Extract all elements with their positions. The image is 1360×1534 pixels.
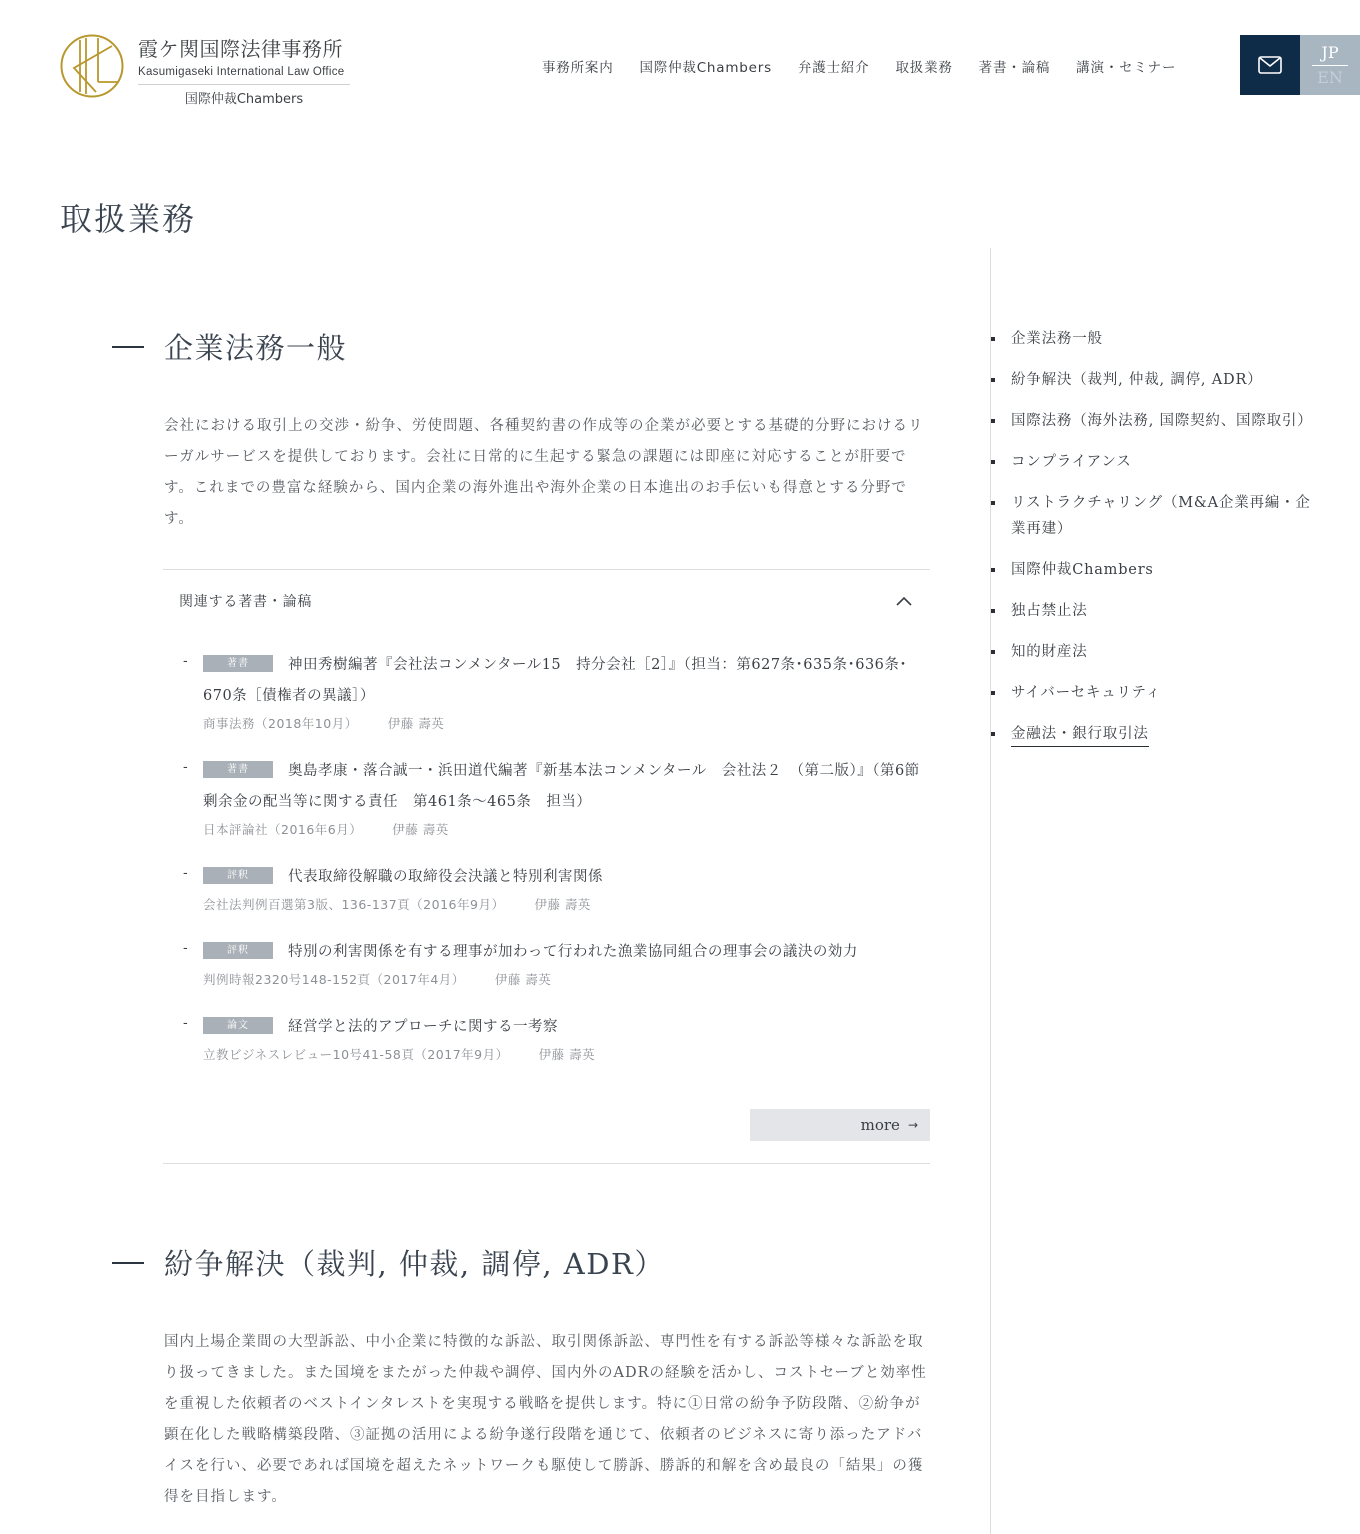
chevron-up-icon[interactable] [896, 596, 912, 606]
more-button[interactable]: more → [750, 1109, 930, 1141]
publication-title: 特別の利害関係を有する理事が加わって行われた漁業協同組合の理事会の議決の効力 [288, 944, 858, 960]
sidebar-item-ip: 知的財産法 [991, 639, 1311, 665]
lang-jp[interactable]: JP [1321, 43, 1338, 63]
sidebar-item-finance: 金融法・銀行取引法 [991, 721, 1311, 747]
kl-logo-icon [60, 34, 124, 98]
arrow-right-icon: → [908, 1118, 918, 1132]
list-item: - 評釈特別の利害関係を有する理事が加わって行われた漁業協同組合の理事会の議決の… [183, 937, 930, 992]
section-body: 国内上場企業間の大型訴訟、中小企業に特徴的な訴訟、取引関係訴訟、専門性を有する訴… [164, 1327, 930, 1513]
sidebar-item-antitrust: 独占禁止法 [991, 598, 1311, 624]
sidebar-item-restructuring: リストラクチャリング（M&A企業再編・企業再建） [991, 490, 1311, 542]
section-title: 紛争解決（裁判, 仲裁, 調停, ADR） [164, 1242, 665, 1283]
sidebar-link[interactable]: リストラクチャリング（M&A企業再編・企業再建） [1011, 495, 1311, 537]
list-item: - 論文経営学と法的アプローチに関する一考察 立教ビジネスレビュー10号41-5… [183, 1012, 930, 1067]
nav-chambers[interactable]: 国際仲裁Chambers [640, 56, 772, 76]
sidebar-item-corporate: 企業法務一般 [991, 326, 1311, 352]
logo-name-en: Kasumigaseki International Law Office [138, 64, 350, 85]
practice-area-nav: 企業法務一般 紛争解決（裁判, 仲裁, 調停, ADR） 国際法務（海外法務, … [991, 326, 1311, 762]
nav-lawyers[interactable]: 弁護士紹介 [798, 56, 870, 76]
related-list: - 著書神田秀樹編著『会社法コンメンタール15 持分会社［2］』（担当：第627… [163, 632, 930, 1067]
section-title: 企業法務一般 [164, 326, 347, 367]
logo-subtitle: 国際仲裁Chambers [138, 88, 350, 107]
global-nav: 事務所案内 国際仲裁Chambers 弁護士紹介 取扱業務 著書・論稿 講演・セ… [542, 56, 1202, 76]
sidebar-item-compliance: コンプライアンス [991, 449, 1311, 475]
sidebar-link[interactable]: 国際法務（海外法務, 国際契約、国際取引） [1011, 413, 1313, 429]
publication-meta: 立教ビジネスレビュー10号41-58頁（2017年9月） [203, 1047, 509, 1062]
section-corporate-law: 企業法務一般 会社における取引上の交渉・紛争、労使問題、各種契約書の作成等の企業… [112, 326, 932, 1164]
sidebar-link[interactable]: 国際仲裁Chambers [1011, 562, 1154, 578]
nav-publications[interactable]: 著書・論稿 [979, 56, 1051, 76]
sidebar-link[interactable]: 企業法務一般 [1011, 331, 1103, 347]
sidebar-link-active[interactable]: 金融法・銀行取引法 [1011, 726, 1149, 747]
publication-author: 伊藤 壽英 [539, 1047, 595, 1062]
publication-author: 伊藤 壽英 [495, 972, 551, 987]
sidebar-item-cybersecurity: サイバーセキュリティ [991, 680, 1311, 706]
more-label: more [861, 1116, 900, 1134]
category-badge: 著書 [203, 761, 273, 778]
sidebar-item-dispute: 紛争解決（裁判, 仲裁, 調停, ADR） [991, 367, 1311, 393]
category-badge: 著書 [203, 655, 273, 672]
publication-title: 経営学と法的アプローチに関する一考察 [288, 1019, 558, 1035]
related-toggle[interactable]: 関連する著書・論稿 [163, 570, 930, 632]
list-item: - 著書神田秀樹編著『会社法コンメンタール15 持分会社［2］』（担当：第627… [183, 650, 930, 736]
mail-icon [1258, 56, 1282, 74]
sidebar-link[interactable]: 紛争解決（裁判, 仲裁, 調停, ADR） [1011, 372, 1262, 388]
lang-divider [1312, 65, 1348, 66]
site-logo[interactable]: 霞ケ関国際法律事務所 Kasumigaseki International La… [60, 34, 350, 107]
list-item: - 評釈代表取締役解職の取締役会決議と特別利害関係 会社法判例百選第3版、136… [183, 862, 930, 917]
category-badge: 評釈 [203, 942, 273, 959]
publication-title: 代表取締役解職の取締役会決議と特別利害関係 [288, 869, 603, 885]
list-item: - 著書奥島孝康・落合誠一・浜田道代編著『新基本法コンメンタール 会社法２ （第… [183, 756, 930, 842]
related-heading: 関連する著書・論稿 [179, 591, 312, 611]
publication-author: 伊藤 壽英 [392, 822, 448, 837]
publication-meta: 日本評論社（2016年6月） [203, 822, 362, 837]
page-title: 取扱業務 [60, 194, 196, 240]
sidebar-link[interactable]: サイバーセキュリティ [1011, 685, 1161, 701]
publication-meta: 会社法判例百選第3版、136-137頁（2016年9月） [203, 897, 504, 912]
contact-mail-button[interactable] [1240, 35, 1300, 95]
publication-author: 伊藤 壽英 [388, 716, 444, 731]
publication-title: 神田秀樹編著『会社法コンメンタール15 持分会社［2］』（担当：第627条･63… [203, 657, 907, 704]
sidebar-item-international: 国際法務（海外法務, 国際契約、国際取引） [991, 408, 1311, 434]
nav-about[interactable]: 事務所案内 [542, 56, 614, 76]
section-body: 会社における取引上の交渉・紛争、労使問題、各種契約書の作成等の企業が必要とする基… [164, 411, 930, 535]
sidebar-link[interactable]: コンプライアンス [1011, 454, 1132, 470]
sidebar-link[interactable]: 独占禁止法 [1011, 603, 1088, 619]
category-badge: 論文 [203, 1017, 273, 1034]
publication-title: 奥島孝康・落合誠一・浜田道代編著『新基本法コンメンタール 会社法２ （第二版）』… [203, 763, 935, 810]
section-dispute-resolution: 紛争解決（裁判, 仲裁, 調停, ADR） 国内上場企業間の大型訴訟、中小企業に… [112, 1242, 932, 1513]
logo-name-jp: 霞ケ関国際法律事務所 [138, 36, 350, 62]
publication-author: 伊藤 壽英 [534, 897, 590, 912]
language-switcher: JP EN [1300, 35, 1360, 95]
publication-meta: 判例時報2320号148-152頁（2017年4月） [203, 972, 465, 987]
sidebar-link[interactable]: 知的財産法 [1011, 644, 1088, 660]
publication-meta: 商事法務（2018年10月） [203, 716, 358, 731]
lang-en[interactable]: EN [1317, 68, 1343, 88]
category-badge: 評釈 [203, 867, 273, 884]
sidebar-item-chambers: 国際仲裁Chambers [991, 557, 1311, 583]
nav-practice[interactable]: 取扱業務 [895, 56, 952, 76]
section-dash [112, 346, 144, 348]
section-dash [112, 1262, 144, 1264]
nav-seminars[interactable]: 講演・セミナー [1076, 56, 1176, 76]
related-publications: 関連する著書・論稿 - 著書神田秀樹編著『会社法コンメンタール15 持分会社［2… [163, 569, 930, 1164]
